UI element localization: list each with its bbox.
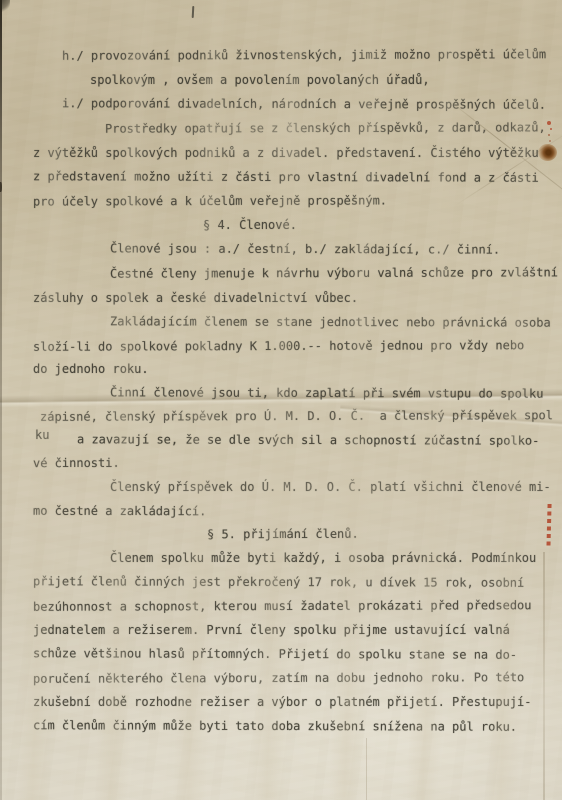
text-line: Členové jsou : a./ čestní, b./ zakládají… [110, 241, 500, 256]
text-line: mo čestné a zakládající. [33, 504, 206, 519]
document-body: h./ provozování podniků živnostenských, … [0, 0, 562, 800]
text-line: Zakládajícím členem se stane jednotlivec… [110, 314, 551, 329]
text-line: pro účely spolkové a k účelům veřejně pr… [33, 193, 387, 208]
text-line: přijetí členů činných jest překročený 17… [33, 574, 524, 590]
text-line: Členem spolku může byti každý, i osoba p… [110, 551, 536, 565]
text-line: z představení možno užíti z části pro vl… [33, 169, 539, 185]
text-line: cím členům činným může byti tato doba zk… [33, 718, 517, 734]
photo-edge-notch [0, 182, 2, 192]
text-line: ku [35, 428, 49, 442]
text-line: h./ provozování podniků živnostenských, … [62, 47, 546, 63]
paper-sheet: h./ provozování podniků živnostenských, … [0, 0, 562, 800]
text-line: zápisné, členský příspěvek pro Ú. M. D. … [40, 408, 553, 424]
text-line: schůze většinou hlasů přítomných. Přijet… [33, 646, 517, 662]
text-line: složí-li do spolkové pokladny K 1.000.--… [33, 338, 524, 354]
text-line: i./ podporování divadelních, národních a… [62, 96, 546, 112]
text-line: Čestné členy jmenuje k návrhu výboru val… [110, 265, 558, 280]
text-line: Činní členové jsou ti, kdo zaplatí při s… [110, 385, 544, 400]
text-line: poručení některého člena výboru, zatím n… [33, 670, 524, 686]
text-line: do jednoho roku. [33, 362, 149, 376]
text-line: vé činnosti. [33, 456, 120, 470]
text-line: zásluhy o spolek a české divadelnictví v… [33, 291, 358, 305]
photo-of-document: h./ provozování podniků živnostenských, … [0, 0, 562, 800]
text-line: a zavazují se, že se dle svých sil a sch… [77, 432, 539, 447]
text-line: zkušební době rozhodne režiser a výbor o… [33, 695, 532, 709]
photo-left-edge [0, 0, 2, 800]
text-line: z výtěžků spolkových podniků a z divadel… [33, 146, 539, 160]
text-line: bezúhonnost a schopnost, kterou musí žad… [33, 598, 532, 614]
section-heading: § 4. Členové. [203, 218, 297, 232]
section-heading: § 5. přijímání členů. [207, 527, 359, 541]
text-line: jednatelem a režiserem. První členy spol… [33, 623, 510, 637]
text-line: Prostředky opatřují se z členských přísp… [105, 120, 546, 135]
text-line: spolkovým , ovšem a povolením povolaných… [90, 73, 430, 87]
text-line: Členský příspěvek do Ú. M. D. O. Č. plat… [110, 480, 551, 494]
